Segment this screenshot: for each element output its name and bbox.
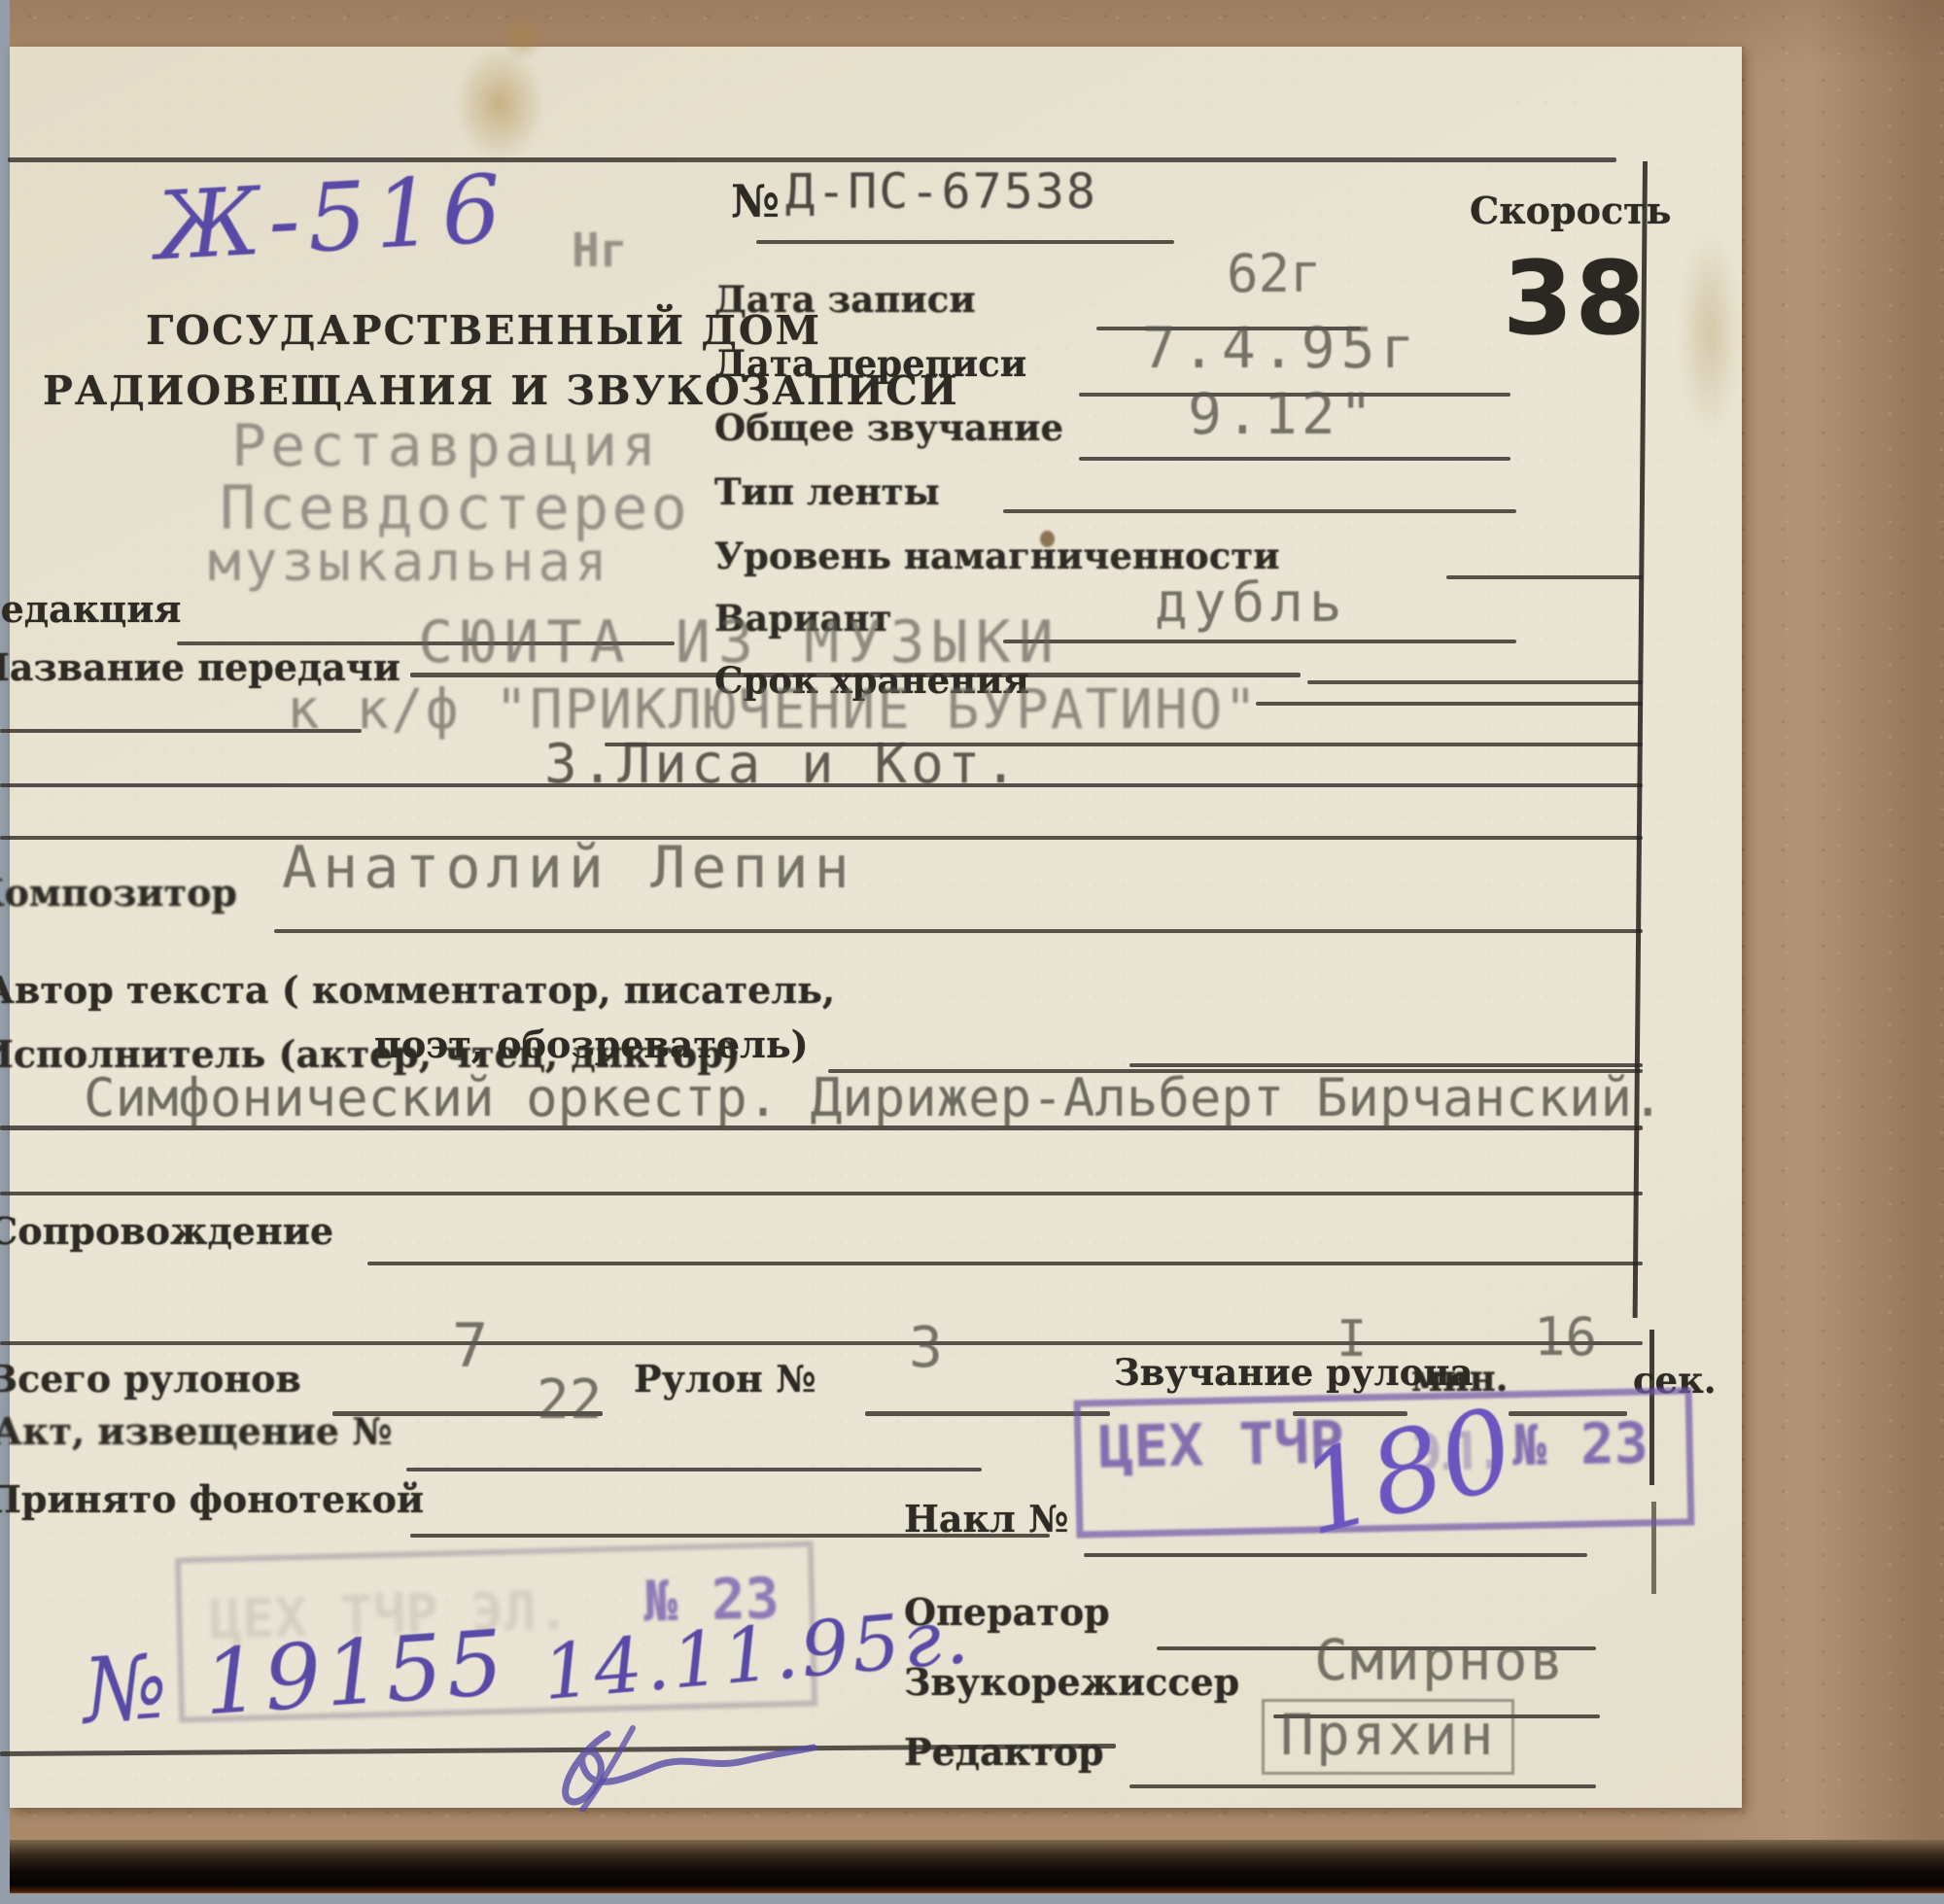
accepted-by-library-label: Принято фонотекой [0, 1477, 424, 1521]
form-rule [1307, 680, 1643, 684]
field-date-record-label: Дата записи [714, 278, 976, 321]
field-duration-value: 9.12" [1188, 381, 1377, 447]
number-sign-label: № [731, 175, 780, 227]
field-date-copy-value: 7.4.95г [1142, 315, 1420, 381]
field-tape-type-label: Тип ленты [714, 470, 940, 513]
act-notice-value: 22 [537, 1368, 602, 1432]
reel-duration-sec-value: 16 [1534, 1306, 1597, 1367]
editor-value: Пряхин [1262, 1699, 1514, 1775]
program-title-line1: СЮИТА ИЗ МУЗЫКИ [418, 608, 1061, 676]
stain [501, 12, 543, 60]
form-rule [0, 1192, 1643, 1195]
speed-value: 38 [1503, 239, 1648, 358]
form-rule [1446, 575, 1643, 579]
form-rule [274, 929, 1643, 933]
restoration-stamp: Реставрация [231, 412, 660, 480]
field-duration-label: Общее звучание [714, 406, 1063, 449]
box-bottom-shadow [10, 1840, 1944, 1893]
total-reels-value: 7 [452, 1310, 488, 1381]
field-date-copy-label: Дата переписи [714, 342, 1026, 385]
form-rule [367, 1262, 1643, 1265]
reel-number-value: 3 [909, 1314, 943, 1380]
ng-mark-stamp: Нг [572, 224, 628, 278]
act-notice-label: Акт, извещение № [0, 1409, 392, 1453]
accompaniment-label: Сопровождение [0, 1209, 333, 1253]
handwritten-index-number: Ж-516 [153, 155, 511, 282]
speed-label: Скорость [1470, 189, 1671, 232]
form-rule [1003, 509, 1516, 513]
field-date-record-value: 62г [1227, 243, 1322, 304]
invoice-label: Накл № [904, 1497, 1068, 1541]
form-rule [1003, 640, 1516, 643]
org-name-line1: ГОСУДАРСТВЕННЫЙ ДОМ [146, 307, 710, 354]
editor-label: Редактор [904, 1730, 1104, 1774]
field-edition-label: Редакция [0, 587, 181, 631]
scanned-tape-box-label: Ж-516 Нг № Д-ПС-67538 Скорость 38 ГОСУДА… [0, 0, 1944, 1904]
tape-number-value: Д-ПС-67538 [785, 163, 1097, 220]
form-rule [8, 157, 1616, 162]
program-title-line3: 3.Лиса и Кот. [544, 733, 1021, 796]
form-rule [756, 240, 1174, 244]
form-rule [406, 1468, 982, 1471]
field-variant-value: дубль [1155, 571, 1348, 635]
composer-value: Анатолий Лепин [282, 834, 855, 902]
form-rule [1129, 1784, 1596, 1788]
total-reels-label: Всего рулонов [0, 1357, 301, 1401]
composer-label: Композитор [0, 871, 237, 915]
form-rule [1079, 457, 1510, 461]
stain [1680, 228, 1740, 437]
stain [455, 47, 544, 161]
org-name-line2: РАДИОВЕЩАНИЯ И ЗВУКОЗАПИСИ [43, 367, 820, 414]
performer-value: Симфонический оркестр. Дирижер-Альберт Б… [84, 1067, 1664, 1128]
handwritten-signature [539, 1722, 821, 1812]
form-rule [1256, 702, 1643, 706]
sound-engineer-value: Смирнов [1314, 1627, 1565, 1693]
workshop-stamp-number: № 23 [1511, 1410, 1649, 1479]
reel-duration-min-value: I [1336, 1310, 1367, 1368]
field-edition-value: музыкальная [208, 531, 611, 594]
text-author-label-line1: Автор текста ( комментатор, писатель, [0, 968, 835, 1012]
form-rule [0, 1341, 1643, 1345]
reel-number-label: Рулон № [634, 1357, 816, 1401]
